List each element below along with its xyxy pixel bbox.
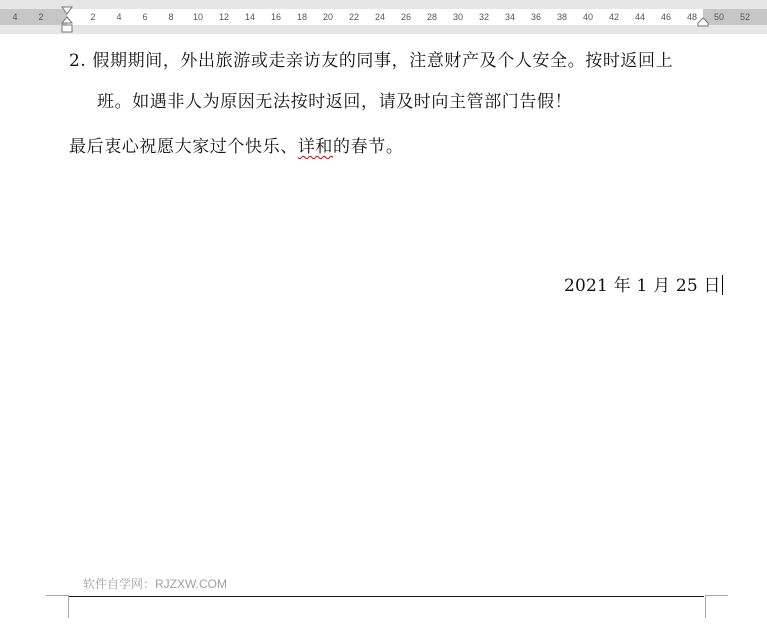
date-line: 2021 年 1 月 25 日: [564, 271, 723, 296]
closing-text-before: 最后衷心祝愿大家过个快乐、: [69, 137, 298, 157]
ruler-tick-label: 10: [193, 11, 203, 23]
closing-text-after: 的春节。: [333, 137, 403, 157]
ruler-tick-label: 16: [271, 11, 281, 23]
text-cursor: [722, 275, 723, 295]
ruler-tick-label: 4: [12, 11, 17, 23]
ruler-tick-label: 34: [505, 11, 515, 23]
ruler-tick-label: 48: [687, 11, 697, 23]
ruler-tick-label: 36: [531, 11, 541, 23]
date-text: 2021 年 1 月 25 日: [564, 276, 721, 296]
ruler-tick-label: 12: [219, 11, 229, 23]
ruler-right-margin[interactable]: [703, 9, 767, 25]
ruler-tick-label: 2: [90, 11, 95, 23]
first-line-hanging-indent-marker[interactable]: [61, 6, 73, 34]
ruler-tick-label: 46: [661, 11, 671, 23]
document-page[interactable]: 2. 假期期间，外出旅游或走亲访友的同事，注意财产及个人安全。按时返回上 班。如…: [0, 34, 767, 644]
ruler-tick-label: 52: [740, 11, 750, 23]
ruler-tick-label: 38: [557, 11, 567, 23]
crop-mark-left-vertical: [68, 595, 69, 618]
ruler-left-margin[interactable]: [0, 9, 67, 25]
ruler-tick-label: 42: [609, 11, 619, 23]
list-item-2-line-2: 班。如遇非人为原因无法按时返回，请及时向主管部门告假！: [97, 87, 572, 112]
ruler-tick-label: 50: [714, 11, 724, 23]
right-indent-marker[interactable]: [697, 17, 709, 27]
list-item-2-line-1: 2. 假期期间，外出旅游或走亲访友的同事，注意财产及个人安全。按时返回上: [69, 46, 673, 71]
ruler-tick-label: 44: [635, 11, 645, 23]
ruler-tick-label: 14: [245, 11, 255, 23]
horizontal-ruler[interactable]: 4224681012141618202224262830323436384042…: [0, 0, 767, 34]
ruler-tick-label: 32: [479, 11, 489, 23]
ruler-tick-label: 6: [142, 11, 147, 23]
ruler-tick-label: 28: [427, 11, 437, 23]
ruler-tick-label: 24: [375, 11, 385, 23]
crop-mark-left-horizontal: [46, 595, 69, 596]
ruler-tick-label: 22: [349, 11, 359, 23]
footer-watermark: 软件自学网：RJZXW.COM: [83, 575, 227, 592]
ruler-tick-label: 26: [401, 11, 411, 23]
crop-mark-right-vertical: [705, 595, 706, 618]
ruler-tick-label: 30: [453, 11, 463, 23]
ruler-tick-label: 40: [583, 11, 593, 23]
ruler-tick-label: 20: [323, 11, 333, 23]
crop-mark-right-horizontal: [705, 595, 728, 596]
footer-rule-line: [69, 596, 704, 597]
ruler-tick-label: 18: [297, 11, 307, 23]
ruler-tick-label: 8: [168, 11, 173, 23]
closing-paragraph: 最后衷心祝愿大家过个快乐、详和的春节。: [69, 132, 403, 157]
ruler-tick-label: 4: [116, 11, 121, 23]
ruler-tick-label: 2: [38, 11, 43, 23]
spellcheck-flagged-word[interactable]: 详和: [298, 137, 333, 157]
